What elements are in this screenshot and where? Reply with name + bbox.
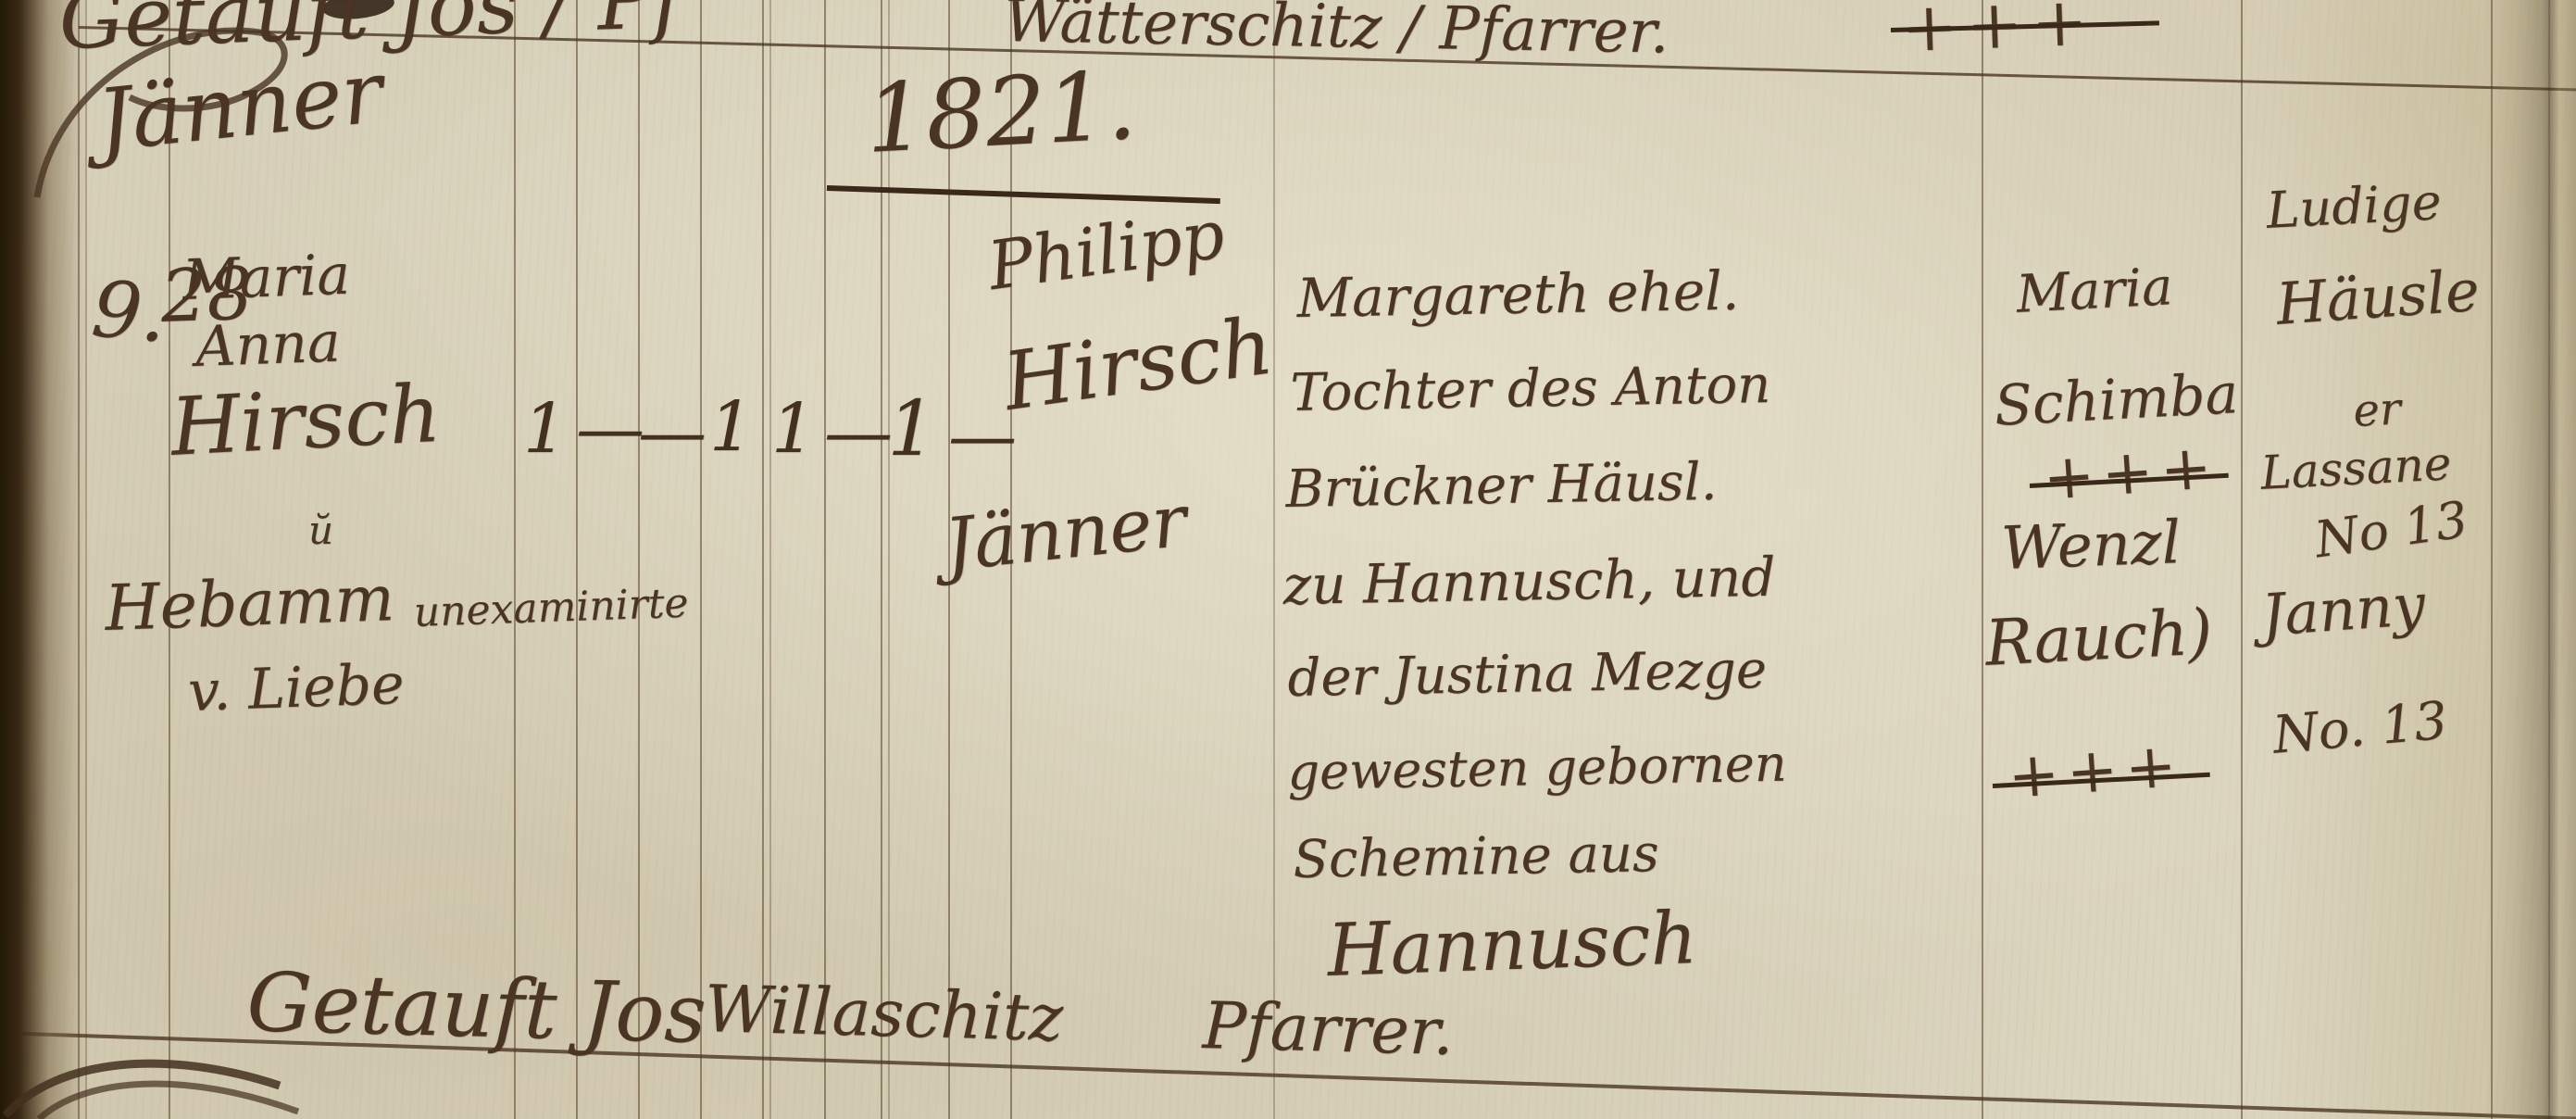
- residence-line: Lassane: [2259, 436, 2453, 500]
- table-vline: [638, 0, 640, 1119]
- residence-house-number: No 13: [2311, 490, 2471, 569]
- birth-day-number: 9.: [88, 263, 169, 360]
- table-vline: [576, 0, 578, 1119]
- next-record-fragment: [0, 1047, 315, 1119]
- godparent-witness-marks: +++: [2041, 431, 2221, 514]
- mother-text-line: Tochter des Anton: [1290, 355, 1771, 423]
- tally-mark: —: [638, 393, 700, 472]
- table-vline: [514, 0, 516, 1119]
- child-name-line: Anna: [194, 310, 342, 380]
- godparent-witness-marks: +++: [2006, 729, 2186, 812]
- tally-mark: —: [948, 396, 1010, 476]
- mother-text-line: Brückner Häusl.: [1285, 452, 1718, 520]
- baptism-note: Getauft Jos: [245, 954, 707, 1062]
- father-given-name: Philipp: [983, 195, 1229, 305]
- mother-text-line: Margareth ehel.: [1296, 259, 1740, 330]
- table-vline: [762, 0, 764, 1119]
- page-edge: [2483, 0, 2576, 1119]
- year-underline: [827, 185, 1220, 204]
- tally-mark: —: [576, 389, 638, 469]
- register-page: Getauft Jos / Pf Wätterschitz / Pfarrer.…: [0, 0, 2576, 1119]
- tally-mark: 1: [881, 385, 943, 473]
- table-vline: [700, 0, 702, 1119]
- residence-line: er: [2352, 383, 2402, 437]
- pfarrer-label: Pfarrer.: [1202, 987, 1455, 1070]
- table-vline: [1982, 0, 1983, 1119]
- godparent-name: Maria: [2015, 257, 2174, 325]
- mother-text-line: Hannusch: [1326, 897, 1698, 993]
- table-vline: [824, 0, 826, 1119]
- child-name-line: Maria: [181, 243, 351, 313]
- priest-name: Willaschitz: [704, 971, 1064, 1056]
- prev-record-witness-marks: +++: [1900, 0, 2098, 67]
- tally-mark: 1: [762, 389, 824, 469]
- child-surname: Hirsch: [169, 368, 443, 474]
- godparent-name: Schimba: [1993, 361, 2240, 439]
- mother-text-line: Schemine aus: [1293, 824, 1659, 890]
- residence-line: Ludige: [2265, 172, 2443, 240]
- father-month-note: Jänner: [941, 480, 1191, 588]
- tally-mark: 1: [514, 389, 576, 469]
- residence-line: Janny: [2259, 571, 2427, 649]
- mother-text-line: gewesten gebornen: [1287, 735, 1787, 801]
- table-vline: [2241, 0, 2243, 1119]
- mother-text-line: der Justina Mezge: [1287, 640, 1768, 709]
- godparent-name: Wenzl: [2000, 509, 2182, 584]
- tally-mark: 1: [700, 387, 762, 467]
- godparent-name: Rauch): [1983, 596, 2214, 681]
- midwife-label: Hebamm: [104, 562, 395, 646]
- tally-mark: —: [824, 393, 886, 472]
- mother-text-line: zu Hannusch, und: [1282, 546, 1776, 617]
- table-vline: [769, 0, 771, 1119]
- residence-house-number: No. 13: [2270, 691, 2450, 766]
- midwife-breve-mark: ŭ: [308, 508, 333, 553]
- year-heading: 1821.: [863, 51, 1139, 175]
- residence-line: Häusle: [2274, 257, 2482, 338]
- midwife-name: v. Liebe: [187, 652, 406, 724]
- father-surname: Hirsch: [998, 299, 1278, 429]
- midwife-qualifier: unexaminirte: [413, 580, 689, 636]
- table-vline: [1273, 0, 1275, 1119]
